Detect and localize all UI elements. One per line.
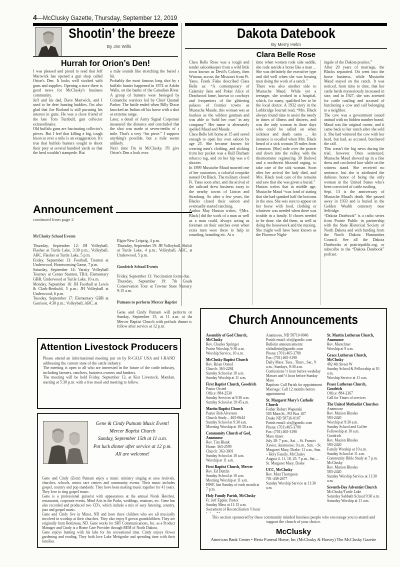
story-text: Clara Belle Rose was a tough and tender … bbox=[189, 60, 249, 237]
divider bbox=[116, 212, 192, 213]
church-entry: Peace Lutheran Church, GoodrichOffice: 8… bbox=[327, 382, 381, 400]
masthead-text: —McClusky Gazette, Thursday, September 1… bbox=[37, 16, 177, 22]
church-entry: Holy Family Parish, McCluskyFr. Jeff Epp… bbox=[206, 494, 262, 514]
church-details: Fr. Jeff Eppler, Pastor Sunday Mass at 1… bbox=[206, 498, 262, 513]
couple-photo bbox=[43, 421, 88, 464]
story-text: a mile sounds like stretching the barrel… bbox=[110, 69, 180, 155]
church-listings: Assembly of God Church, McCluskyRev. Cha… bbox=[201, 333, 386, 513]
church-entry: McClusky Baptist ChurchRev. Brian Orsted… bbox=[206, 358, 262, 381]
sponsor-town: McClusky bbox=[201, 527, 386, 536]
announcement-column-1: McClusky School Events Thursday, Septemb… bbox=[33, 229, 109, 333]
church-details: Rev. Marschner Worship at 9 a.m. bbox=[327, 342, 381, 351]
newspaper-page: 4—McClusky Gazette, Thursday, September … bbox=[0, 0, 400, 567]
story-column-3: ingale of the Dakota prairies.” After 20… bbox=[320, 60, 387, 305]
church-column-3: St. Martin Lutheran Church, AnamooseRev.… bbox=[327, 333, 381, 513]
church-announcements: Church Announcements Assembly of God Chu… bbox=[200, 308, 387, 550]
column-title: Shootin’ the breeze bbox=[60, 26, 178, 41]
church-details: Office: 884-2367 Call for Times of servi… bbox=[327, 391, 381, 400]
church-entry: First Baptist Church, GoodrichPastor Ors… bbox=[206, 382, 262, 405]
event-group-heading: Putnam to perform Mercer Baptist bbox=[117, 300, 193, 305]
story-headline: Clara Belle Rose bbox=[185, 50, 387, 59]
sponsor-note-wrap: This section sponsored by these communit… bbox=[209, 515, 378, 527]
event-group-text: Gene and Cindy Putnam will perform on Su… bbox=[117, 310, 193, 329]
church-entry: Assembly of God Church, McCluskyRev. Cha… bbox=[206, 333, 262, 356]
story-column-2: time when women rode side saddle, she ro… bbox=[252, 60, 319, 305]
sponsor-list-wrap: American Bank Center • Hertz Funeral Hom… bbox=[205, 537, 382, 546]
event-group-heading: McClusky School Events bbox=[33, 234, 109, 239]
column-title: Dakota Datebook bbox=[185, 25, 387, 41]
ad-invitation-line: All are welcome! bbox=[90, 450, 175, 458]
story-body: Clara Belle Rose was a tough and tender … bbox=[186, 60, 387, 305]
event-group-text: Friday, September 13: Vaccination forms … bbox=[117, 274, 193, 293]
section-title: Church Announcements bbox=[201, 312, 386, 327]
divider bbox=[33, 56, 178, 57]
story-headline: Hurrah for Orion’s Den! bbox=[33, 59, 178, 68]
church-entry: First Baptist Church, MercerRev. Ed Dutt… bbox=[206, 465, 262, 492]
putnam-ad: Gene & Cindy Putnam Music Event! Mercer … bbox=[37, 413, 179, 548]
church-entry: Community Church of God, AnamooseRev. Ti… bbox=[206, 431, 262, 463]
church-entry: Martin Baptist ChurchPastor Bob Alverson… bbox=[206, 407, 262, 430]
ad-body-wrap: Please attend an informational meeting p… bbox=[43, 356, 175, 405]
announcement-body: McClusky School Events Thursday, Septemb… bbox=[33, 229, 192, 333]
church-name: Peace Lutheran Church, Goodrich bbox=[327, 382, 381, 391]
church-entry: UCC, McCluskyRev. Matt Thompson 701-438-… bbox=[266, 468, 323, 491]
livestock-ad: Attention Livestock Producers Please att… bbox=[37, 338, 181, 409]
event-group-heading: Goodrich School Events bbox=[117, 265, 193, 270]
ad-headline: Attention Livestock Producers bbox=[38, 342, 180, 353]
church-entry: The United Methodist ChurchesAnamoose Re… bbox=[327, 402, 381, 483]
story-column-2: a mile sounds like stretching the barrel… bbox=[110, 69, 180, 178]
ad-body-wrap: Gene and Cindy (Zorn) Putnam enjoy a mus… bbox=[42, 476, 175, 544]
church-column-1: Assembly of God Church, McCluskyRev. Cha… bbox=[206, 333, 262, 513]
ad-invitation-line: Pot luck dinner after service at 12 p.m. bbox=[90, 443, 175, 451]
ad-invitation: Gene & Cindy Putnam Music Event! Mercer … bbox=[90, 420, 175, 476]
church-details: McClusky/Turtle Lake Saturday Sabbath Sc… bbox=[327, 490, 381, 504]
masthead: 4—McClusky Gazette, Thursday, September … bbox=[33, 15, 177, 22]
story-body: I was pleased and proud to read that Jef… bbox=[33, 69, 179, 178]
church-entry: Anamoose, ND 58710-0046 Parish email: sf… bbox=[266, 333, 323, 396]
story-column-1: I was pleased and proud to read that Jef… bbox=[33, 69, 103, 178]
church-details: Anamoose Rev. Marion Rhodes 583-2420 Wor… bbox=[327, 407, 381, 484]
church-details: Anamoose, ND 58710-0046 Parish email: sf… bbox=[266, 333, 323, 396]
story-text: I was pleased and proud to read that Jef… bbox=[33, 69, 103, 155]
church-name: Assembly of God Church, McClusky bbox=[206, 333, 262, 342]
column-byline: By Merry Helm bbox=[185, 42, 387, 47]
church-details: Rev. Brian Orsted Church: 363-2284 Sunda… bbox=[206, 362, 262, 380]
church-name: Community Church of God, Anamoose bbox=[206, 431, 262, 440]
columnist-photo bbox=[35, 27, 62, 57]
church-details: Pastor Orsted Office: 884-2530 Sunday Se… bbox=[206, 387, 262, 405]
church-name: St. Margaret Mary’s Catholic Church bbox=[266, 398, 323, 407]
ad-body: Gene and Cindy (Zorn) Putnam enjoy a mus… bbox=[42, 476, 175, 544]
church-details: Father Robert Wapenski 505 Main St., PO … bbox=[266, 407, 323, 466]
story-column-1: Clara Belle Rose was a tough and tender … bbox=[186, 60, 252, 305]
story-text: ingale of the Dakota prairies.” After 20… bbox=[324, 60, 384, 257]
church-details: Rev. Charles Springer Praise Worship, 9:… bbox=[206, 342, 262, 356]
church-column-2: Anamoose, ND 58710-0046 Parish email: sf… bbox=[266, 333, 323, 513]
column-byline-wrap: By Jim Wills bbox=[60, 44, 178, 52]
church-entry: Grace Lutheran Church, McClusky402 4th S… bbox=[327, 353, 381, 380]
sponsor-note: This section sponsored by these communit… bbox=[209, 515, 378, 524]
announcement-column-2: Elgin-New Leipzig, 4 p.m. Thursday, Sept… bbox=[117, 229, 193, 333]
divider bbox=[185, 48, 387, 49]
church-entry: St. Margaret Mary’s Catholic ChurchFathe… bbox=[266, 398, 323, 466]
event-group-text: Elgin-New Leipzig, 4 p.m. Thursday, Sept… bbox=[117, 239, 193, 258]
column-byline: By Jim Wills bbox=[60, 44, 178, 49]
church-details: Rev. Tim Blank Home: 363-2599 Church: 36… bbox=[206, 440, 262, 463]
ad-invitation-line: Sunday, September 15th at 11 a.m. bbox=[90, 435, 175, 443]
church-details: Pastor Bob Alverson Church Study – 465-0… bbox=[206, 411, 262, 429]
story-text: time when women rode side saddle, she ro… bbox=[256, 60, 316, 237]
event-group-text: Thursday, September 12: JH Volleyball, F… bbox=[33, 243, 109, 305]
church-name: Grace Lutheran Church, McClusky bbox=[327, 353, 381, 362]
church-details: 402 4th Street W Sunday School & Fellows… bbox=[327, 362, 381, 380]
church-details: Rev. Matt Thompson 701-438-2677 Sunday W… bbox=[266, 472, 323, 490]
continued-note-wrap: continued from page 2 bbox=[33, 217, 153, 224]
ad-invitation-line: Mercer Baptist Church bbox=[90, 428, 175, 436]
section-title: Announcement bbox=[33, 204, 113, 216]
church-entry: Seventh-Day Adventist ChurchMcClusky/Tur… bbox=[327, 485, 381, 503]
continued-note: continued from page 2 bbox=[33, 217, 153, 222]
church-details: Rev. Ed Duttlin Sunday School at 10 a.m.… bbox=[206, 469, 262, 492]
ad-invitation-line: Gene & Cindy Putnam Music Event! bbox=[90, 420, 175, 428]
ad-body: Please attend an informational meeting p… bbox=[43, 356, 175, 385]
sponsor-list: American Bank Center • Hertz Funeral Hom… bbox=[205, 537, 382, 542]
church-entry: St. Martin Lutheran Church, AnamooseRev.… bbox=[327, 333, 381, 351]
church-name: St. Martin Lutheran Church, Anamoose bbox=[327, 333, 381, 342]
